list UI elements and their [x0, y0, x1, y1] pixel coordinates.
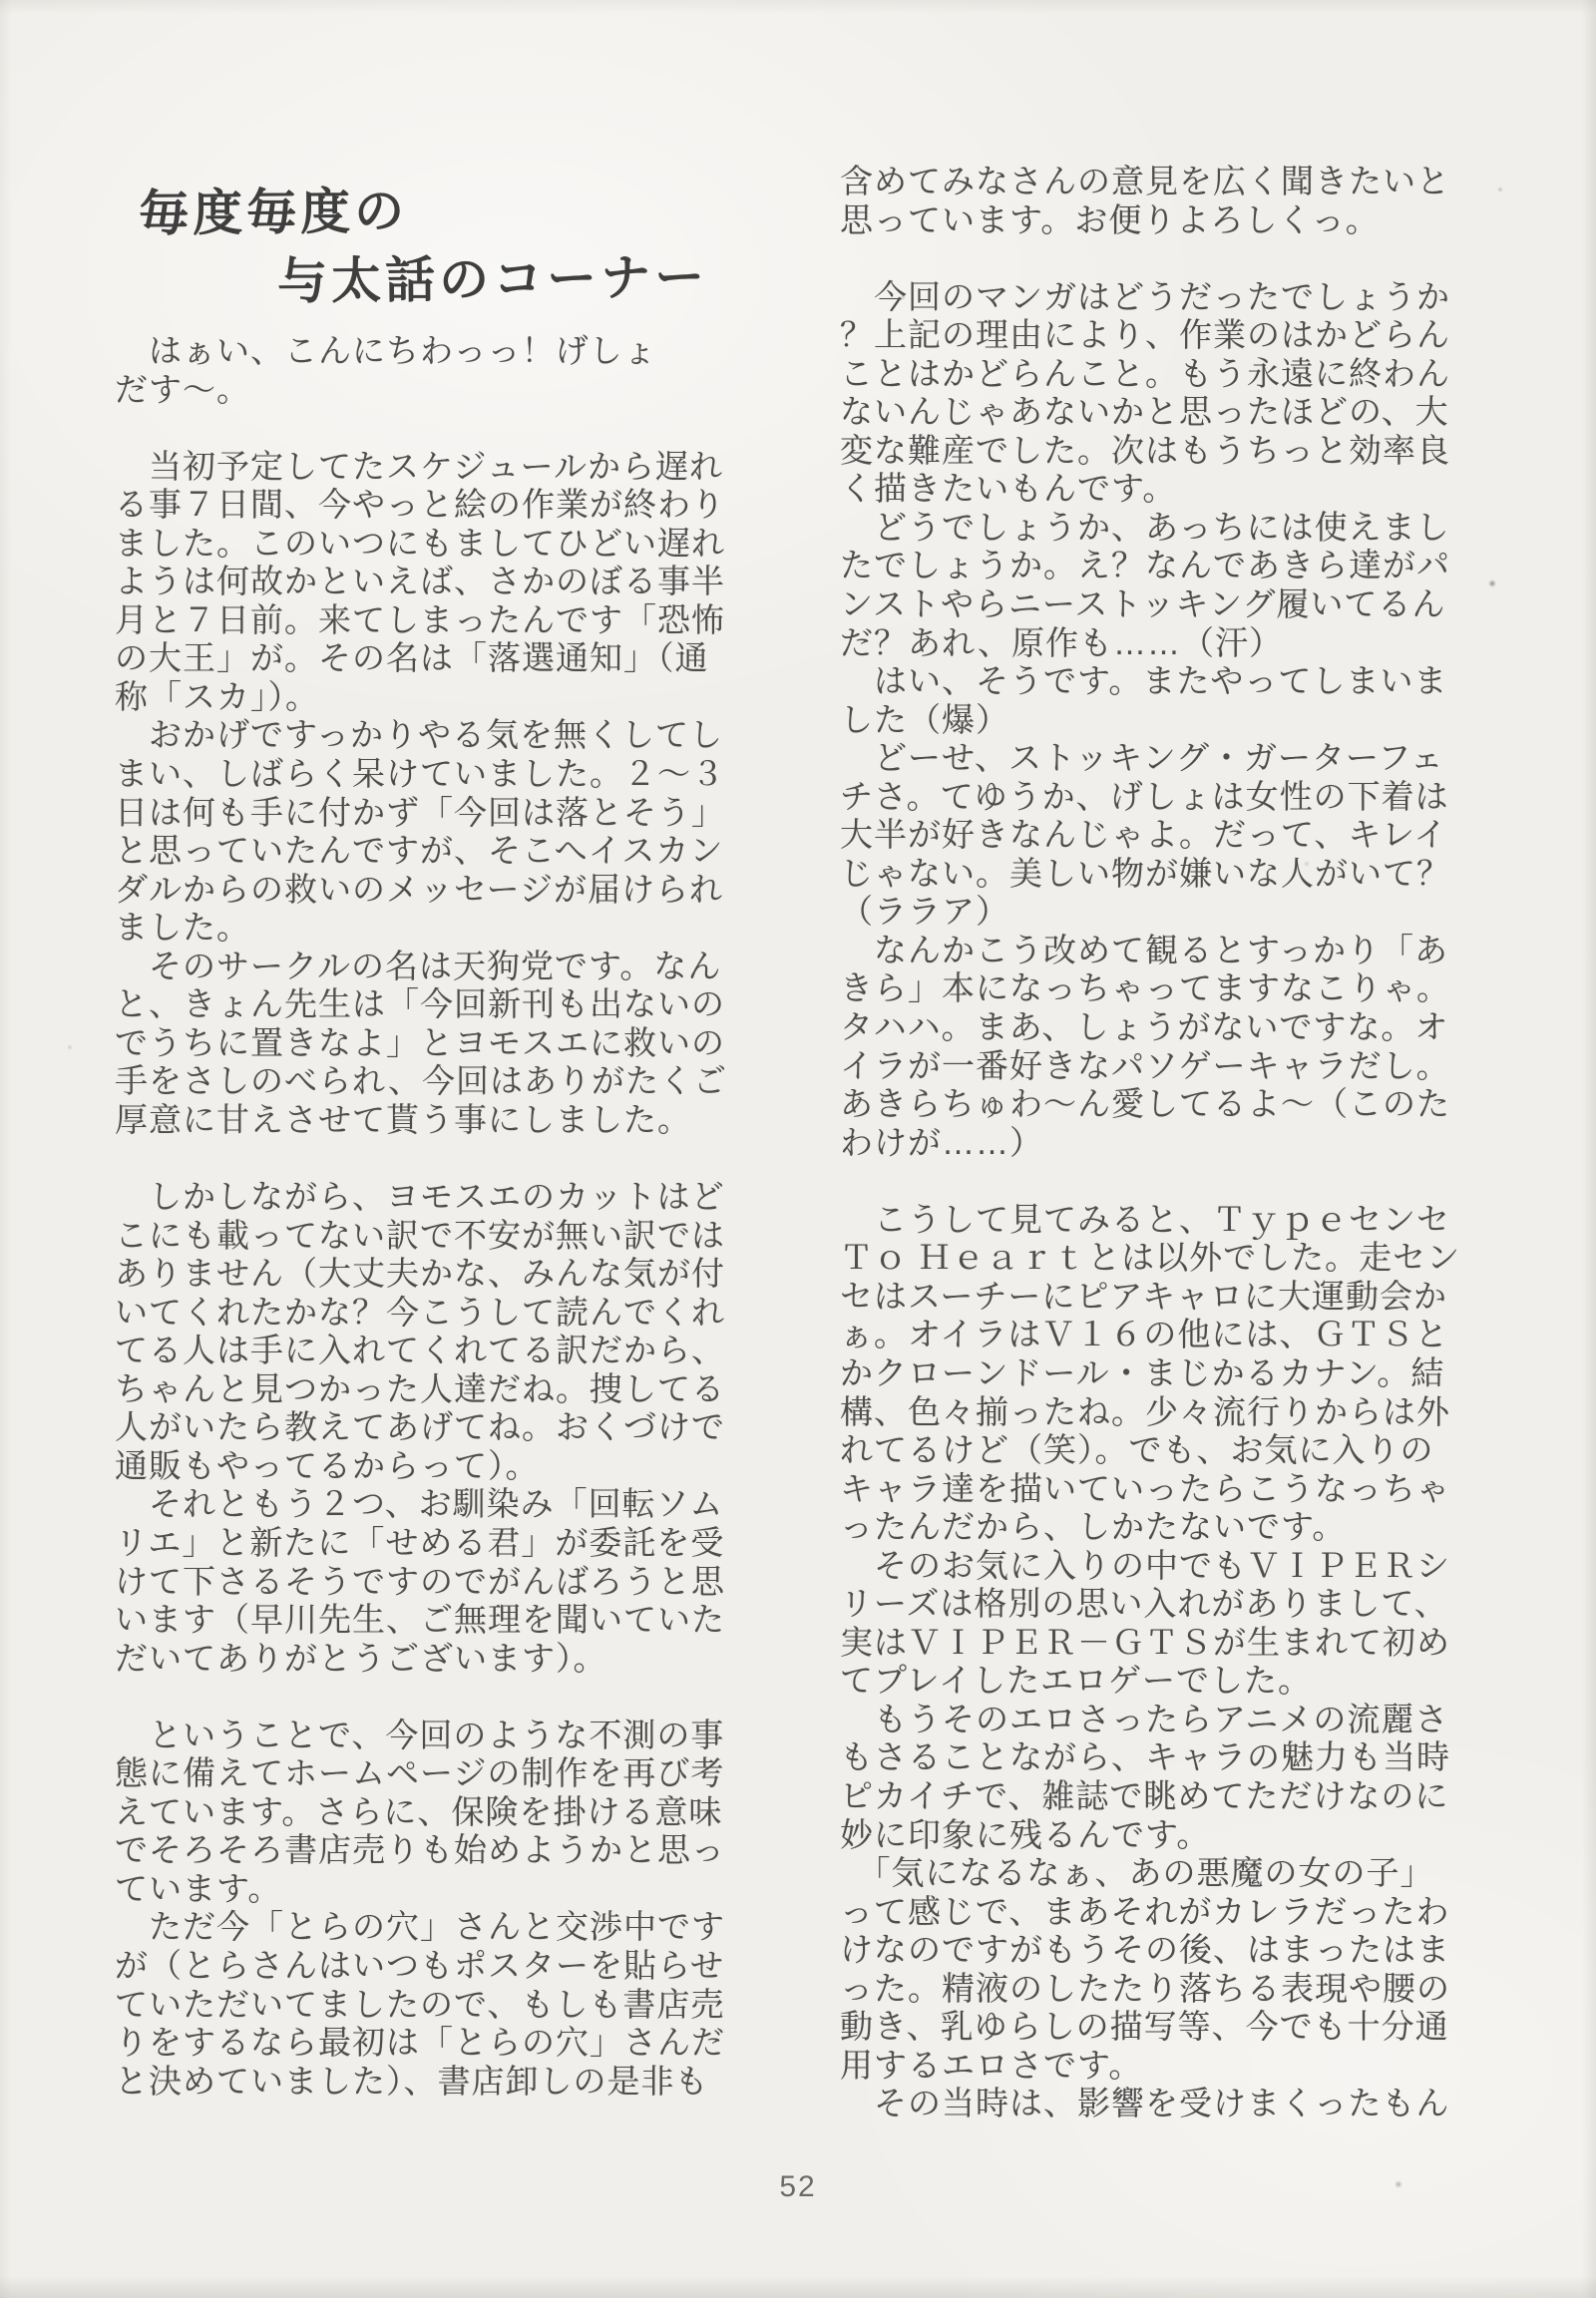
left-text-column: はぁい、こんにちわっっ！げしょ だす〜。 当初予定してたスケジュールから遅れ る… [115, 332, 763, 2101]
page-title-line1: 毎度毎度の [139, 172, 409, 246]
right-text-column: 含めてみなさんの意見を広く聞きたいと 思っています。お便りよろしくっ。 今回のマ… [840, 163, 1488, 2123]
scanned-document-page: 毎度毎度の 与太話のコーナー はぁい、こんにちわっっ！げしょ だす〜。 当初予定… [0, 0, 1596, 2298]
page-title-line2: 与太話のコーナー [277, 237, 709, 314]
page-number: 52 [768, 2170, 828, 2204]
